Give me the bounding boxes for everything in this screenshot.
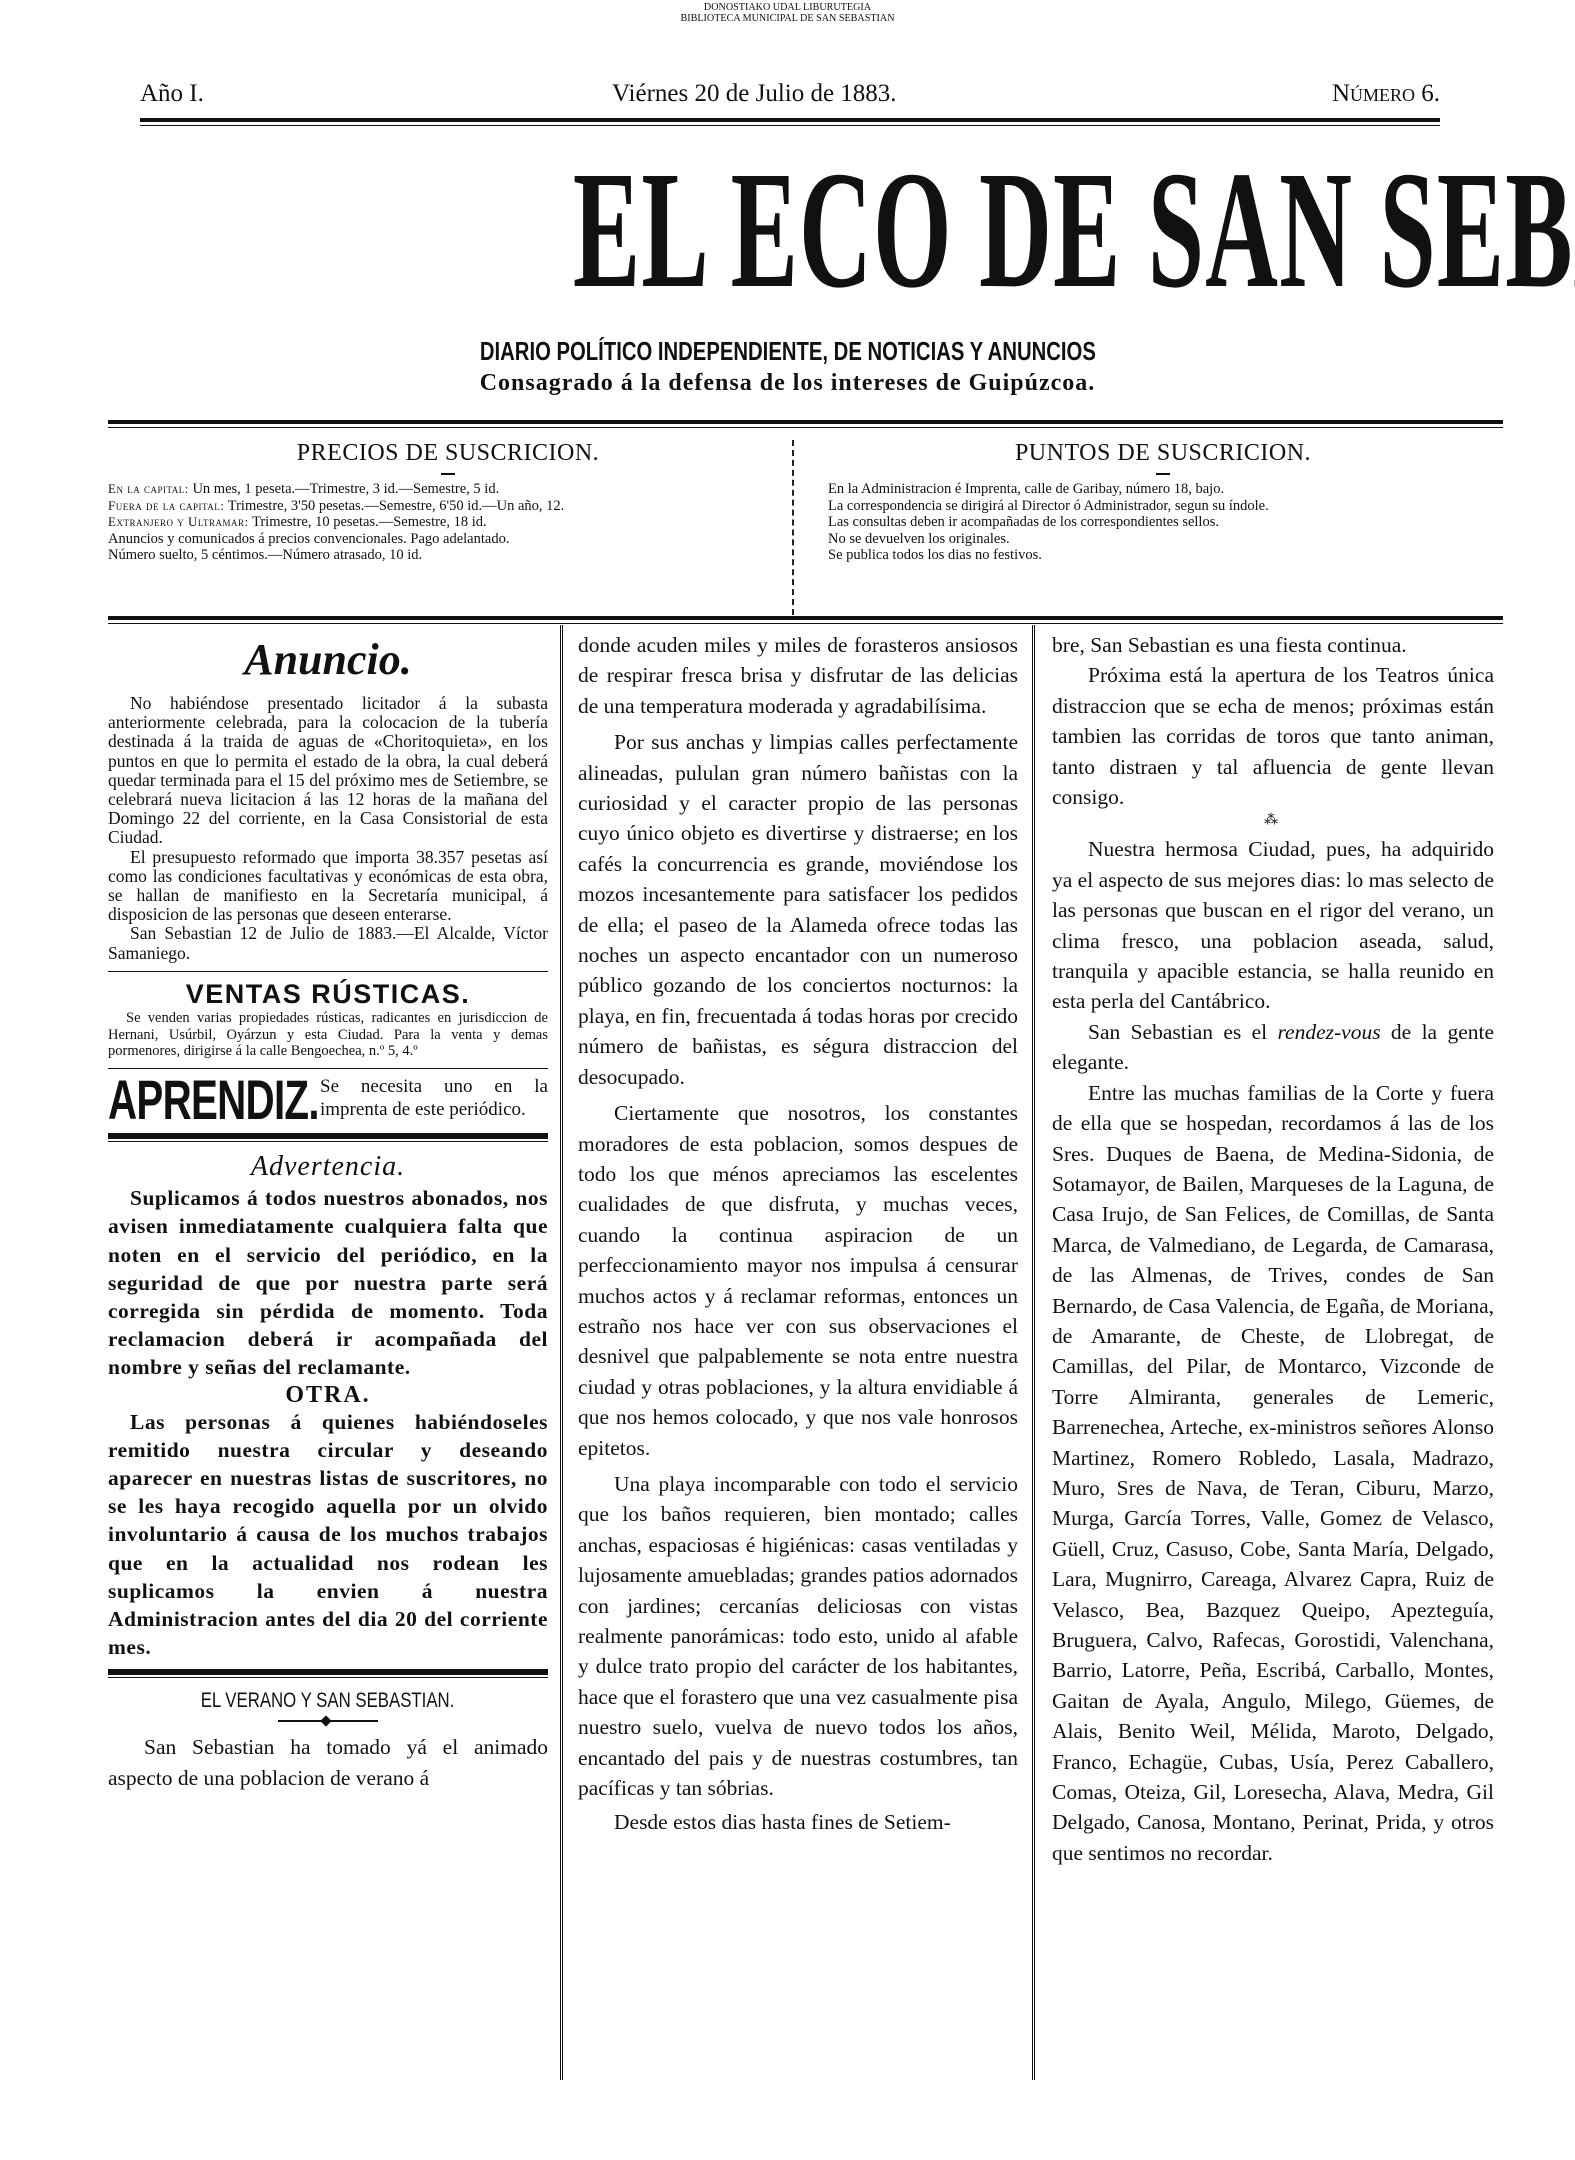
issue-number: Número 6.: [1332, 80, 1440, 108]
anuncio-paragraph: El presupuesto reformado que importa 38.…: [108, 848, 548, 925]
anuncio-body: No habiéndose presentado licitador á la …: [108, 694, 548, 963]
points-line: Las consultas deben ir acompañadas de lo…: [828, 514, 1498, 531]
article-paragraph: Ciertamente que nosotros, los constantes…: [578, 1098, 1018, 1463]
divider: [441, 473, 455, 475]
divider: [108, 971, 548, 972]
aprendiz-ad: APRENDIZ. Se necesita uno en la imprenta…: [108, 1075, 548, 1125]
article-paragraph: Nuestra hermosa Ciudad, pues, ha adquiri…: [1052, 834, 1494, 1016]
masthead-subtitle: DIARIO POLÍTICO INDEPENDIENTE, DE NOTICI…: [0, 336, 1575, 367]
article-paragraph: San Sebastian es el rendez-vous de la ge…: [1052, 1017, 1494, 1078]
article-paragraph: Una playa incomparable con todo el servi…: [578, 1469, 1018, 1803]
masthead-rule: [108, 420, 1503, 428]
otra-text: Las personas á quienes habiéndoseles rem…: [108, 1408, 548, 1662]
article-paragraph: Próxima está la apertura de los Teatros …: [1052, 660, 1494, 812]
article-paragraph: donde acuden miles y miles de forasteros…: [578, 630, 1018, 721]
anuncio-title: Anuncio.: [108, 634, 548, 686]
price-line: Fuera de la capital: Trimestre, 3'50 pes…: [108, 498, 788, 515]
subscription-prices: PRECIOS DE SUSCRICION. En la capital: Un…: [108, 440, 788, 615]
column-divider: [792, 440, 794, 615]
column-rule: [1032, 625, 1035, 2080]
dateline-rule: [140, 118, 1440, 126]
aprendiz-headline: APRENDIZ.: [108, 1075, 251, 1125]
article-paragraph: Por sus anchas y limpias calles perfecta…: [578, 727, 1018, 1092]
article-body-start: San Sebastian ha tomado yá el animado as…: [108, 1732, 548, 1793]
points-line: En la Administracion é Imprenta, calle d…: [828, 481, 1498, 498]
ornament-divider: [278, 1720, 378, 1722]
prices-title: PRECIOS DE SUSCRICION.: [108, 440, 788, 467]
column-right: bre, San Sebastian es una fiesta continu…: [1052, 630, 1494, 1868]
issue-year: Año I.: [140, 80, 204, 108]
article-title: EL VERANO Y SAN SEBASTIAN.: [108, 1688, 548, 1714]
article-paragraph: Entre las muchas familias de la Corte y …: [1052, 1078, 1494, 1869]
subscription-points: PUNTOS DE SUSCRICION. En la Administraci…: [828, 440, 1498, 615]
article-paragraph: Desde estos dias hasta fines de Setiem-: [578, 1807, 1018, 1837]
masthead-motto: Consagrado á la defensa de los intereses…: [0, 370, 1575, 397]
divider: [108, 1068, 548, 1069]
advertencia-body: Suplicamos á todos nuestros abonados, no…: [108, 1184, 548, 1661]
column-rule: [560, 625, 563, 2080]
advertencia-text: Suplicamos á todos nuestros abonados, no…: [108, 1184, 548, 1381]
price-line: Número suelto, 5 céntimos.—Número atrasa…: [108, 547, 788, 564]
column-left: Anuncio. No habiéndose presentado licita…: [108, 630, 548, 1793]
otra-title: OTRA.: [108, 1382, 548, 1408]
points-line: No se devuelven los originales.: [828, 531, 1498, 548]
subscription-rule: [108, 616, 1503, 624]
anuncio-paragraph: No habiéndose presentado licitador á la …: [108, 694, 548, 848]
advertencia-title: Advertencia.: [108, 1150, 548, 1184]
points-line: Se publica todos los dias no festivos.: [828, 547, 1498, 564]
subscription-box: PRECIOS DE SUSCRICION. En la capital: Un…: [100, 440, 1500, 615]
price-line: Extranjero y Ultramar: Trimestre, 10 pes…: [108, 514, 788, 531]
dateline: Año I. Viérnes 20 de Julio de 1883. Núme…: [140, 80, 1440, 116]
issue-date: Viérnes 20 de Julio de 1883.: [612, 80, 897, 108]
article-paragraph: San Sebastian ha tomado yá el animado as…: [108, 1732, 548, 1793]
archive-stamp-line-2: BIBLIOTECA MUNICIPAL DE SAN SEBASTIAN: [63, 13, 1512, 24]
article-paragraph: bre, San Sebastian es una fiesta continu…: [1052, 630, 1494, 660]
points-title: PUNTOS DE SUSCRICION.: [828, 440, 1498, 467]
anuncio-signature: San Sebastian 12 de Julio de 1883.—El Al…: [108, 924, 548, 962]
masthead-title: EL ECO DE SAN SEBASTIAN: [110, 150, 1510, 310]
price-line: Anuncios y comunicados á precios convenc…: [108, 531, 788, 548]
divider: [108, 1669, 548, 1678]
ventas-title: VENTAS RÚSTICAS.: [108, 978, 548, 1010]
price-line: En la capital: Un mes, 1 peseta.—Trimest…: [108, 481, 788, 498]
divider: [1156, 473, 1170, 475]
divider: [108, 1133, 548, 1142]
column-middle: donde acuden miles y miles de forasteros…: [578, 630, 1018, 1838]
archive-stamp: DONOSTIAKO UDAL LIBURUTEGIA BIBLIOTECA M…: [63, 2, 1512, 24]
asterism-icon: ⁂: [1052, 814, 1494, 828]
ventas-body: Se venden varias propiedades rústicas, r…: [108, 1010, 548, 1060]
points-line: La correspondencia se dirigirá al Direct…: [828, 498, 1498, 515]
